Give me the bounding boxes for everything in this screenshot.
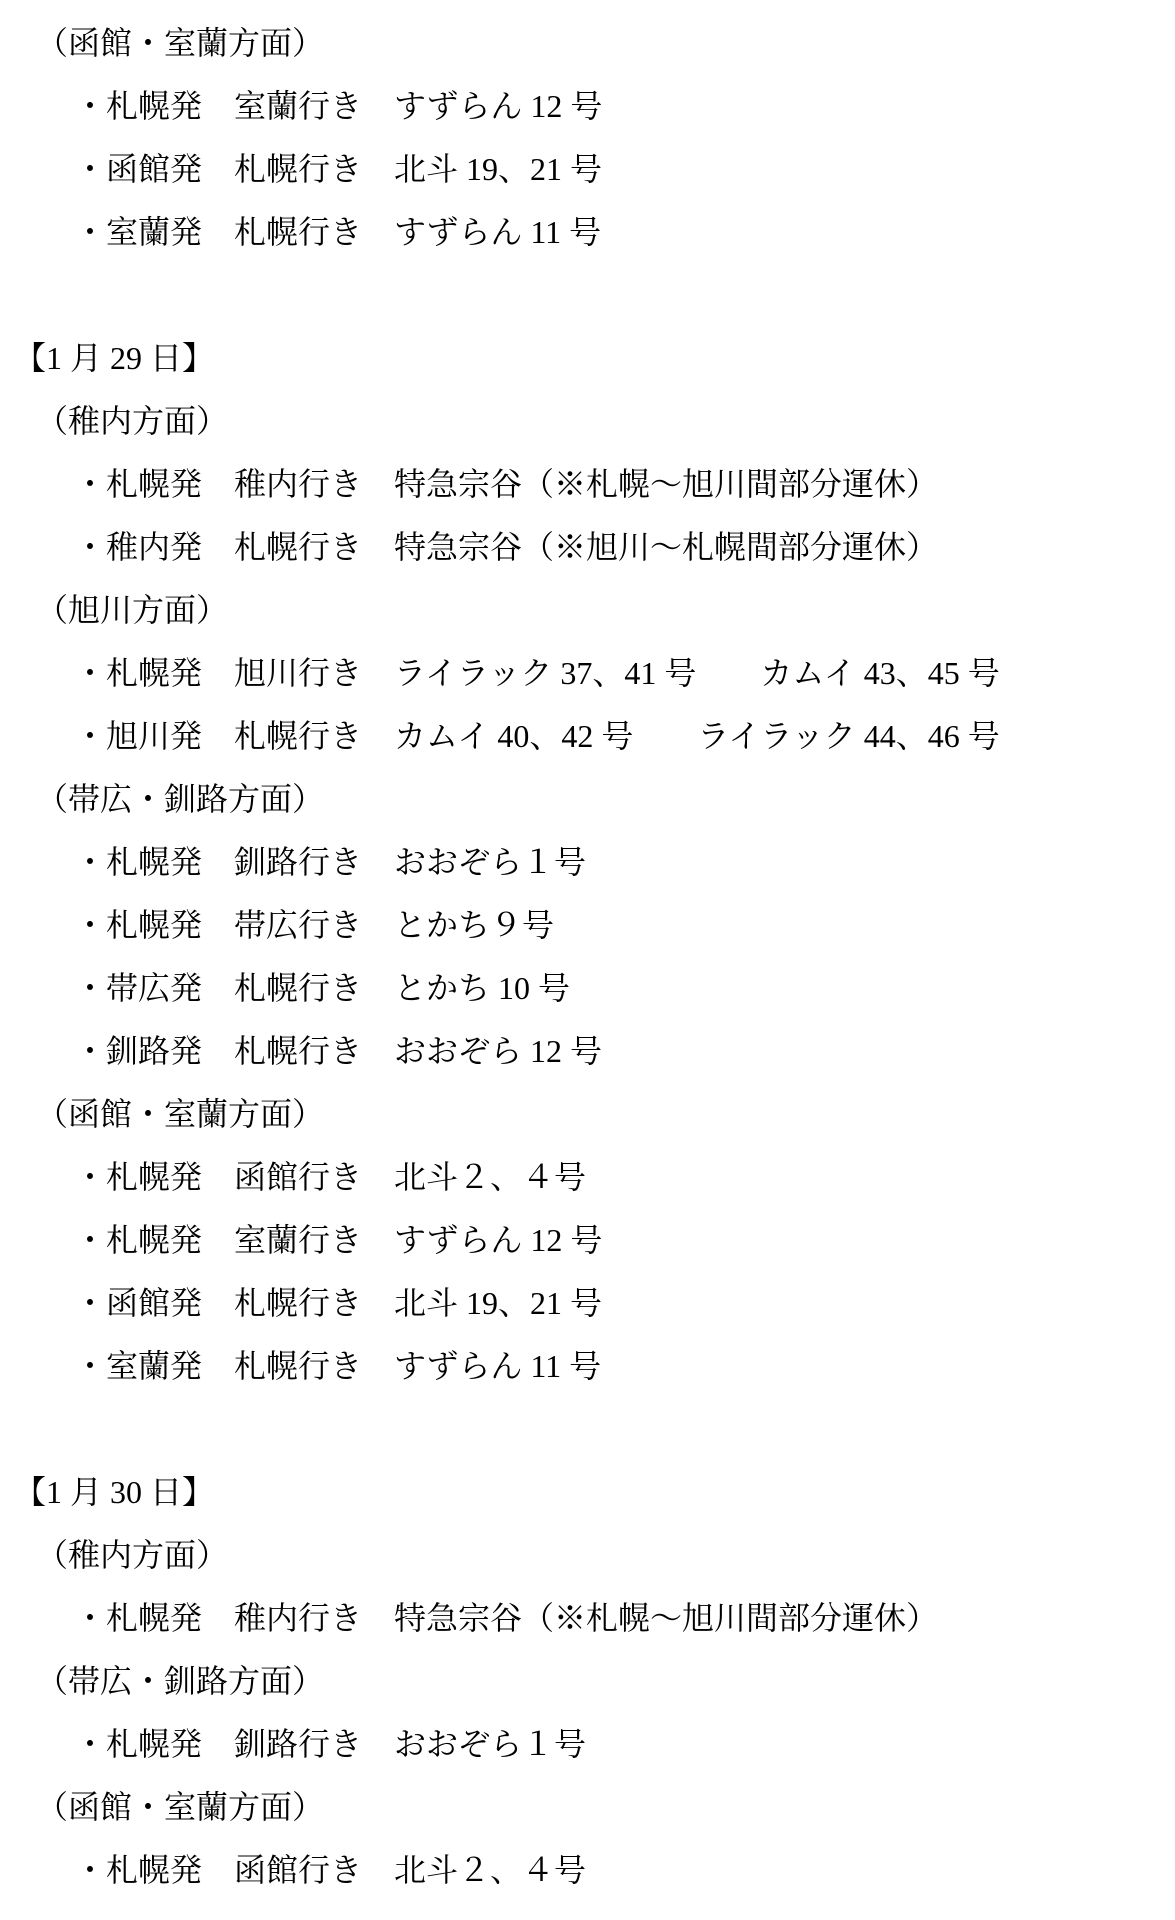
train-names: すずらん 11 号 xyxy=(394,1335,1175,1398)
train-names: ライラック 37、41 号 カムイ 43、45 号 xyxy=(394,642,1175,705)
train-names: 北斗 19、21 号 xyxy=(394,1272,1175,1335)
train-service-row: ・ 旭川発 札幌行き カムイ 40、42 号 ライラック 44、46 号 xyxy=(0,705,1175,768)
train-names: 北斗２、４号 xyxy=(394,1146,1175,1209)
direction-heading: （函館・室蘭方面） xyxy=(0,12,1175,75)
train-service-row: ・ 室蘭発 札幌行き すずらん 11 号 xyxy=(0,1335,1175,1398)
origin-station: 札幌発 xyxy=(106,1146,234,1209)
origin-station: 旭川発 xyxy=(106,705,234,768)
origin-station: 札幌発 xyxy=(106,894,234,957)
direction-group: （旭川方面） ・ 札幌発 旭川行き ライラック 37、41 号 カムイ 43、4… xyxy=(0,579,1175,768)
bullet-icon: ・ xyxy=(74,1146,106,1209)
train-service-row: ・ 函館発 札幌行き 北斗 19、21 号 xyxy=(0,138,1175,201)
train-names: とかち９号 xyxy=(394,894,1175,957)
direction-group: （稚内方面） ・ 札幌発 稚内行き 特急宗谷（※札幌～旭川間部分運休） ・ 稚内… xyxy=(0,390,1175,579)
destination-station: 札幌行き xyxy=(234,1020,394,1083)
destination-station: 札幌行き xyxy=(234,201,394,264)
destination-station: 札幌行き xyxy=(234,138,394,201)
origin-station: 札幌発 xyxy=(106,642,234,705)
bullet-icon: ・ xyxy=(74,1713,106,1776)
destination-station: 帯広行き xyxy=(234,894,394,957)
train-names: カムイ 40、42 号 ライラック 44、46 号 xyxy=(394,705,1175,768)
train-names: すずらん 12 号 xyxy=(394,75,1175,138)
bullet-icon: ・ xyxy=(74,831,106,894)
train-service-row: ・ 札幌発 室蘭行き すずらん 12 号 xyxy=(0,1209,1175,1272)
origin-station: 札幌発 xyxy=(106,831,234,894)
direction-group: （帯広・釧路方面） ・ 札幌発 釧路行き おおぞら１号 xyxy=(0,1650,1175,1776)
destination-station: 函館行き xyxy=(234,1146,394,1209)
bullet-icon: ・ xyxy=(74,516,106,579)
destination-station: 釧路行き xyxy=(234,831,394,894)
bullet-icon: ・ xyxy=(74,1587,106,1650)
train-names: おおぞら 12 号 xyxy=(394,1020,1175,1083)
train-service-row: ・ 札幌発 帯広行き とかち９号 xyxy=(0,894,1175,957)
destination-station: 函館行き xyxy=(234,1839,394,1902)
destination-station: 室蘭行き xyxy=(234,75,394,138)
direction-heading: （旭川方面） xyxy=(0,579,1175,642)
direction-heading: （函館・室蘭方面） xyxy=(0,1083,1175,1146)
origin-station: 釧路発 xyxy=(106,1020,234,1083)
direction-heading: （函館・室蘭方面） xyxy=(0,1776,1175,1839)
train-service-row: ・ 札幌発 稚内行き 特急宗谷（※札幌～旭川間部分運休） xyxy=(0,1587,1175,1650)
origin-station: 札幌発 xyxy=(106,1713,234,1776)
origin-station: 帯広発 xyxy=(106,957,234,1020)
bullet-icon: ・ xyxy=(74,642,106,705)
destination-station: 室蘭行き xyxy=(234,1209,394,1272)
train-names: 北斗 19、21 号 xyxy=(394,138,1175,201)
train-service-row: ・ 札幌発 釧路行き おおぞら１号 xyxy=(0,1713,1175,1776)
train-service-row: ・ 札幌発 函館行き 北斗２、４号 xyxy=(0,1839,1175,1902)
direction-group: （函館・室蘭方面） ・ 札幌発 函館行き 北斗２、４号 xyxy=(0,1776,1175,1902)
bullet-icon: ・ xyxy=(74,894,106,957)
bullet-icon: ・ xyxy=(74,453,106,516)
date-heading: 【1 月 29 日】 xyxy=(0,327,1175,390)
origin-station: 札幌発 xyxy=(106,1209,234,1272)
bullet-icon: ・ xyxy=(74,1839,106,1902)
train-service-row: ・ 札幌発 函館行き 北斗２、４号 xyxy=(0,1146,1175,1209)
bullet-icon: ・ xyxy=(74,957,106,1020)
train-service-row: ・ 札幌発 稚内行き 特急宗谷（※札幌～旭川間部分運休） xyxy=(0,453,1175,516)
train-suspension-notice-page: （函館・室蘭方面） ・ 札幌発 室蘭行き すずらん 12 号 ・ 函館発 札幌行… xyxy=(0,0,1175,1902)
train-service-row: ・ 釧路発 札幌行き おおぞら 12 号 xyxy=(0,1020,1175,1083)
train-names: 特急宗谷（※旭川～札幌間部分運休） xyxy=(394,516,1175,579)
bullet-icon: ・ xyxy=(74,1020,106,1083)
direction-group: （函館・室蘭方面） ・ 札幌発 室蘭行き すずらん 12 号 ・ 函館発 札幌行… xyxy=(0,12,1175,264)
train-service-row: ・ 室蘭発 札幌行き すずらん 11 号 xyxy=(0,201,1175,264)
destination-station: 札幌行き xyxy=(234,1272,394,1335)
train-service-row: ・ 札幌発 室蘭行き すずらん 12 号 xyxy=(0,75,1175,138)
destination-station: 稚内行き xyxy=(234,1587,394,1650)
direction-heading: （帯広・釧路方面） xyxy=(0,1650,1175,1713)
train-service-row: ・ 札幌発 釧路行き おおぞら１号 xyxy=(0,831,1175,894)
train-service-row: ・ 函館発 札幌行き 北斗 19、21 号 xyxy=(0,1272,1175,1335)
train-names: すずらん 12 号 xyxy=(394,1209,1175,1272)
origin-station: 函館発 xyxy=(106,138,234,201)
origin-station: 札幌発 xyxy=(106,75,234,138)
train-names: 北斗２、４号 xyxy=(394,1839,1175,1902)
direction-group: （稚内方面） ・ 札幌発 稚内行き 特急宗谷（※札幌～旭川間部分運休） xyxy=(0,1524,1175,1650)
date-section: 【1 月 29 日】 （稚内方面） ・ 札幌発 稚内行き 特急宗谷（※札幌～旭川… xyxy=(0,327,1175,1398)
destination-station: 旭川行き xyxy=(234,642,394,705)
destination-station: 稚内行き xyxy=(234,453,394,516)
date-section: 【1 月 30 日】 （稚内方面） ・ 札幌発 稚内行き 特急宗谷（※札幌～旭川… xyxy=(0,1461,1175,1902)
origin-station: 札幌発 xyxy=(106,453,234,516)
direction-heading: （稚内方面） xyxy=(0,390,1175,453)
destination-station: 札幌行き xyxy=(234,516,394,579)
train-names: おおぞら１号 xyxy=(394,831,1175,894)
bullet-icon: ・ xyxy=(74,705,106,768)
destination-station: 釧路行き xyxy=(234,1713,394,1776)
bullet-icon: ・ xyxy=(74,201,106,264)
train-names: おおぞら１号 xyxy=(394,1713,1175,1776)
bullet-icon: ・ xyxy=(74,1335,106,1398)
direction-group: （帯広・釧路方面） ・ 札幌発 釧路行き おおぞら１号 ・ 札幌発 帯広行き と… xyxy=(0,768,1175,1083)
bullet-icon: ・ xyxy=(74,1272,106,1335)
bullet-icon: ・ xyxy=(74,75,106,138)
train-names: 特急宗谷（※札幌～旭川間部分運休） xyxy=(394,1587,1175,1650)
origin-station: 札幌発 xyxy=(106,1587,234,1650)
destination-station: 札幌行き xyxy=(234,1335,394,1398)
train-names: とかち 10 号 xyxy=(394,957,1175,1020)
origin-station: 室蘭発 xyxy=(106,1335,234,1398)
direction-heading: （稚内方面） xyxy=(0,1524,1175,1587)
train-service-row: ・ 稚内発 札幌行き 特急宗谷（※旭川～札幌間部分運休） xyxy=(0,516,1175,579)
train-names: すずらん 11 号 xyxy=(394,201,1175,264)
origin-station: 函館発 xyxy=(106,1272,234,1335)
destination-station: 札幌行き xyxy=(234,957,394,1020)
bullet-icon: ・ xyxy=(74,138,106,201)
origin-station: 室蘭発 xyxy=(106,201,234,264)
bullet-icon: ・ xyxy=(74,1209,106,1272)
direction-group: （函館・室蘭方面） ・ 札幌発 函館行き 北斗２、４号 ・ 札幌発 室蘭行き す… xyxy=(0,1083,1175,1398)
origin-station: 稚内発 xyxy=(106,516,234,579)
train-names: 特急宗谷（※札幌～旭川間部分運休） xyxy=(394,453,1175,516)
train-service-row: ・ 帯広発 札幌行き とかち 10 号 xyxy=(0,957,1175,1020)
direction-heading: （帯広・釧路方面） xyxy=(0,768,1175,831)
destination-station: 札幌行き xyxy=(234,705,394,768)
date-heading: 【1 月 30 日】 xyxy=(0,1461,1175,1524)
origin-station: 札幌発 xyxy=(106,1839,234,1902)
train-service-row: ・ 札幌発 旭川行き ライラック 37、41 号 カムイ 43、45 号 xyxy=(0,642,1175,705)
